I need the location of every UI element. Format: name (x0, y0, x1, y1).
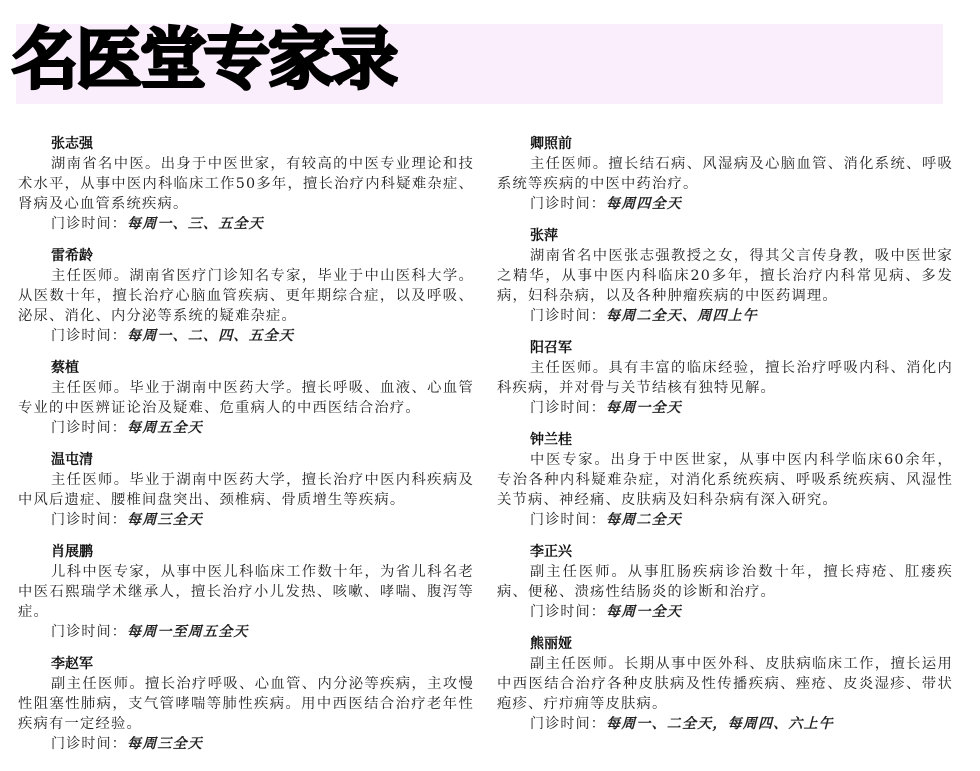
expert-description: 主任医师。擅长结石病、风湿病及心脑血管、消化系统、呼吸系统等疾病的中医中药治疗。 (497, 154, 953, 194)
expert-description: 主任医师。毕业于湖南中医药大学，擅长治疗中医内科疾病及中风后遗症、腰椎间盘突出、… (18, 470, 474, 510)
clinic-hours-value: 每周一全天 (606, 604, 682, 620)
page-title: 名医堂专家录 (12, 20, 396, 100)
expert-name: 钟兰桂 (497, 430, 953, 450)
expert-description: 湖南省名中医。出身于中医世家，有较高的中医专业理论和技术水平，从事中医内科临床工… (18, 154, 474, 214)
clinic-hours: 门诊时间：每周二全天 (497, 510, 953, 530)
expert-entry: 雷希龄 主任医师。湖南省医疗门诊知名专家，毕业于中山医科大学。从医数十年，擅长治… (18, 246, 474, 346)
expert-entry: 熊丽娅 副主任医师。长期从事中医外科、皮肤病临床工作，擅长运用中西医结合治疗各种… (497, 634, 953, 734)
clinic-hours: 门诊时间：每周二全天、周四上午 (497, 306, 953, 326)
expert-name: 蔡植 (18, 358, 474, 378)
clinic-hours-label: 门诊时间： (51, 512, 127, 528)
clinic-hours-label: 门诊时间： (51, 736, 127, 752)
expert-entry: 张志强 湖南省名中医。出身于中医世家，有较高的中医专业理论和技术水平，从事中医内… (18, 134, 474, 234)
right-column: 卿照前 主任医师。擅长结石病、风湿病及心脑血管、消化系统、呼吸系统等疾病的中医中… (497, 134, 953, 746)
clinic-hours: 门诊时间：每周一、三、五全天 (18, 214, 474, 234)
clinic-hours-value: 每周一全天 (606, 400, 682, 416)
clinic-hours-value: 每周四全天 (606, 196, 682, 212)
clinic-hours: 门诊时间：每周一、二全天，每周四、六上午 (497, 714, 953, 734)
clinic-hours-label: 门诊时间： (51, 328, 127, 344)
expert-entry: 肖展鹏 儿科中医专家，从事中医儿科临床工作数十年，为省儿科名老中医石熙瑞学术继承… (18, 542, 474, 642)
expert-name: 阳召军 (497, 338, 953, 358)
expert-description: 主任医师。毕业于湖南中医药大学。擅长呼吸、血液、心血管专业的中医辨证论治及疑难、… (18, 378, 474, 418)
clinic-hours: 门诊时间：每周一全天 (497, 602, 953, 622)
expert-description: 副主任医师。长期从事中医外科、皮肤病临床工作，擅长运用中西医结合治疗各种皮肤病及… (497, 654, 953, 714)
expert-name: 雷希龄 (18, 246, 474, 266)
clinic-hours-label: 门诊时间： (530, 512, 606, 528)
expert-description: 主任医师。具有丰富的临床经验，擅长治疗呼吸内科、消化内科疾病，并对骨与关节结核有… (497, 358, 953, 398)
clinic-hours-value: 每周一、二全天，每周四、六上午 (606, 716, 834, 732)
clinic-hours-label: 门诊时间： (51, 420, 127, 436)
expert-entry: 张萍 湖南省名中医张志强教授之女，得其父言传身教，吸中医世家之精华，从事中医内科… (497, 226, 953, 326)
clinic-hours-label: 门诊时间： (530, 196, 606, 212)
clinic-hours-value: 每周一、三、五全天 (127, 216, 264, 232)
left-column: 张志强 湖南省名中医。出身于中医世家，有较高的中医专业理论和技术水平，从事中医内… (18, 134, 474, 766)
expert-entry: 阳召军 主任医师。具有丰富的临床经验，擅长治疗呼吸内科、消化内科疾病，并对骨与关… (497, 338, 953, 418)
expert-name: 张志强 (18, 134, 474, 154)
expert-name: 卿照前 (497, 134, 953, 154)
clinic-hours-value: 每周三全天 (127, 512, 203, 528)
expert-description: 副主任医师。从事肛肠疾病诊治数十年，擅长痔疮、肛瘘疾病、便秘、溃疡性结肠炎的诊断… (497, 562, 953, 602)
expert-name: 肖展鹏 (18, 542, 474, 562)
expert-name: 张萍 (497, 226, 953, 246)
clinic-hours-label: 门诊时间： (530, 604, 606, 620)
expert-description: 主任医师。湖南省医疗门诊知名专家，毕业于中山医科大学。从医数十年，擅长治疗心脑血… (18, 266, 474, 326)
clinic-hours: 门诊时间：每周四全天 (497, 194, 953, 214)
clinic-hours-value: 每周五全天 (127, 420, 203, 436)
expert-name: 温屯清 (18, 450, 474, 470)
expert-entry: 李赵军 副主任医师。擅长治疗呼吸、心血管、内分泌等疾病，主攻慢性阻塞性肺病，支气… (18, 654, 474, 754)
clinic-hours-label: 门诊时间： (530, 308, 606, 324)
clinic-hours: 门诊时间：每周一至周五全天 (18, 622, 474, 642)
clinic-hours-label: 门诊时间： (51, 624, 127, 640)
clinic-hours-value: 每周一至周五全天 (127, 624, 249, 640)
expert-entry: 李正兴 副主任医师。从事肛肠疾病诊治数十年，擅长痔疮、肛瘘疾病、便秘、溃疡性结肠… (497, 542, 953, 622)
expert-description: 副主任医师。擅长治疗呼吸、心血管、内分泌等疾病，主攻慢性阻塞性肺病，支气管哮喘等… (18, 674, 474, 734)
expert-description: 湖南省名中医张志强教授之女，得其父言传身教，吸中医世家之精华，从事中医内科临床2… (497, 246, 953, 306)
expert-name: 熊丽娅 (497, 634, 953, 654)
expert-name: 李正兴 (497, 542, 953, 562)
expert-entry: 温屯清 主任医师。毕业于湖南中医药大学，擅长治疗中医内科疾病及中风后遗症、腰椎间… (18, 450, 474, 530)
expert-entry: 卿照前 主任医师。擅长结石病、风湿病及心脑血管、消化系统、呼吸系统等疾病的中医中… (497, 134, 953, 214)
clinic-hours: 门诊时间：每周一全天 (497, 398, 953, 418)
expert-name: 李赵军 (18, 654, 474, 674)
expert-description: 儿科中医专家，从事中医儿科临床工作数十年，为省儿科名老中医石熙瑞学术继承人，擅长… (18, 562, 474, 622)
clinic-hours-value: 每周二全天 (606, 512, 682, 528)
clinic-hours: 门诊时间：每周三全天 (18, 510, 474, 530)
clinic-hours-value: 每周二全天、周四上午 (606, 308, 758, 324)
clinic-hours: 门诊时间：每周一、二、四、五全天 (18, 326, 474, 346)
clinic-hours-label: 门诊时间： (51, 216, 127, 232)
expert-description: 中医专家。出身于中医世家，从事中医内科学临床60余年，专治各种内科疑难杂症，对消… (497, 450, 953, 510)
clinic-hours-value: 每周三全天 (127, 736, 203, 752)
clinic-hours-label: 门诊时间： (530, 400, 606, 416)
clinic-hours-value: 每周一、二、四、五全天 (127, 328, 294, 344)
expert-entry: 蔡植 主任医师。毕业于湖南中医药大学。擅长呼吸、血液、心血管专业的中医辨证论治及… (18, 358, 474, 438)
clinic-hours-label: 门诊时间： (530, 716, 606, 732)
clinic-hours: 门诊时间：每周五全天 (18, 418, 474, 438)
expert-entry: 钟兰桂 中医专家。出身于中医世家，从事中医内科学临床60余年，专治各种内科疑难杂… (497, 430, 953, 530)
clinic-hours: 门诊时间：每周三全天 (18, 734, 474, 754)
